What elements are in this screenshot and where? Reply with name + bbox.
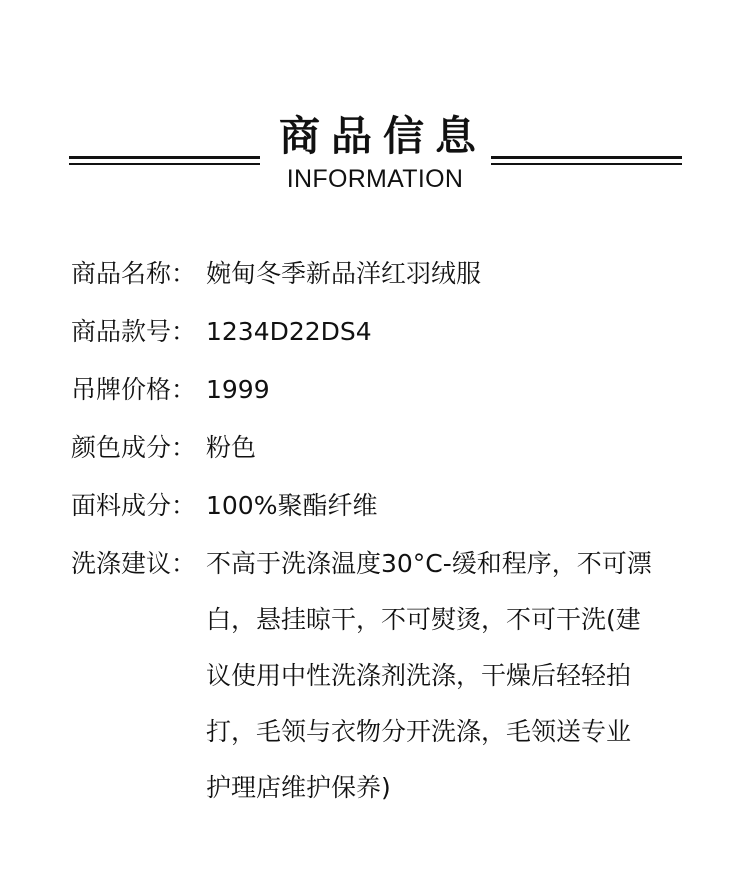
washing-line: 护理店维护保养)	[206, 770, 691, 806]
washing-instructions: 不高于洗涤温度30°C-缓和程序，不可漂 白，悬挂晾干，不可熨烫，不可干洗(建 …	[206, 546, 691, 806]
washing-line: 不高于洗涤温度30°C-缓和程序，不可漂	[206, 546, 691, 582]
info-value: 粉色	[206, 430, 691, 466]
section-header: 商品信息 INFORMATION	[0, 0, 750, 210]
info-row-product-name: 商品名称： 婉甸冬季新品洋红羽绒服	[71, 256, 691, 292]
washing-line: 议使用中性洗涤剂洗涤，干燥后轻轻拍	[206, 658, 691, 694]
info-label: 商品名称：	[71, 256, 206, 292]
right-double-rule	[491, 156, 682, 165]
info-row-washing: 洗涤建议： 不高于洗涤温度30°C-缓和程序，不可漂 白，悬挂晾干，不可熨烫，不…	[71, 546, 691, 806]
info-label: 面料成分：	[71, 488, 206, 524]
info-label: 洗涤建议：	[71, 546, 206, 582]
washing-line: 白，悬挂晾干，不可熨烫，不可干洗(建	[206, 602, 691, 638]
info-row-tag-price: 吊牌价格： 1999	[71, 372, 691, 408]
info-row-style-number: 商品款号： 1234D22DS4	[71, 314, 691, 350]
section-title: 商品信息	[268, 108, 484, 164]
section-subtitle: INFORMATION	[262, 162, 488, 196]
info-value: 1234D22DS4	[206, 314, 691, 350]
info-value: 1999	[206, 372, 691, 408]
rule-thin-line	[491, 163, 682, 165]
info-label: 商品款号：	[71, 314, 206, 350]
product-info-list: 商品名称： 婉甸冬季新品洋红羽绒服 商品款号： 1234D22DS4 吊牌价格：…	[71, 256, 691, 828]
info-label: 吊牌价格：	[71, 372, 206, 408]
info-value: 婉甸冬季新品洋红羽绒服	[206, 256, 691, 292]
info-row-color: 颜色成分： 粉色	[71, 430, 691, 466]
info-value: 100%聚酯纤维	[206, 488, 691, 524]
rule-thin-line	[69, 163, 260, 165]
washing-line: 打，毛领与衣物分开洗涤，毛领送专业	[206, 714, 691, 750]
left-double-rule	[69, 156, 260, 165]
rule-thick-line	[69, 156, 260, 159]
rule-thick-line	[491, 156, 682, 159]
info-label: 颜色成分：	[71, 430, 206, 466]
info-row-fabric: 面料成分： 100%聚酯纤维	[71, 488, 691, 524]
